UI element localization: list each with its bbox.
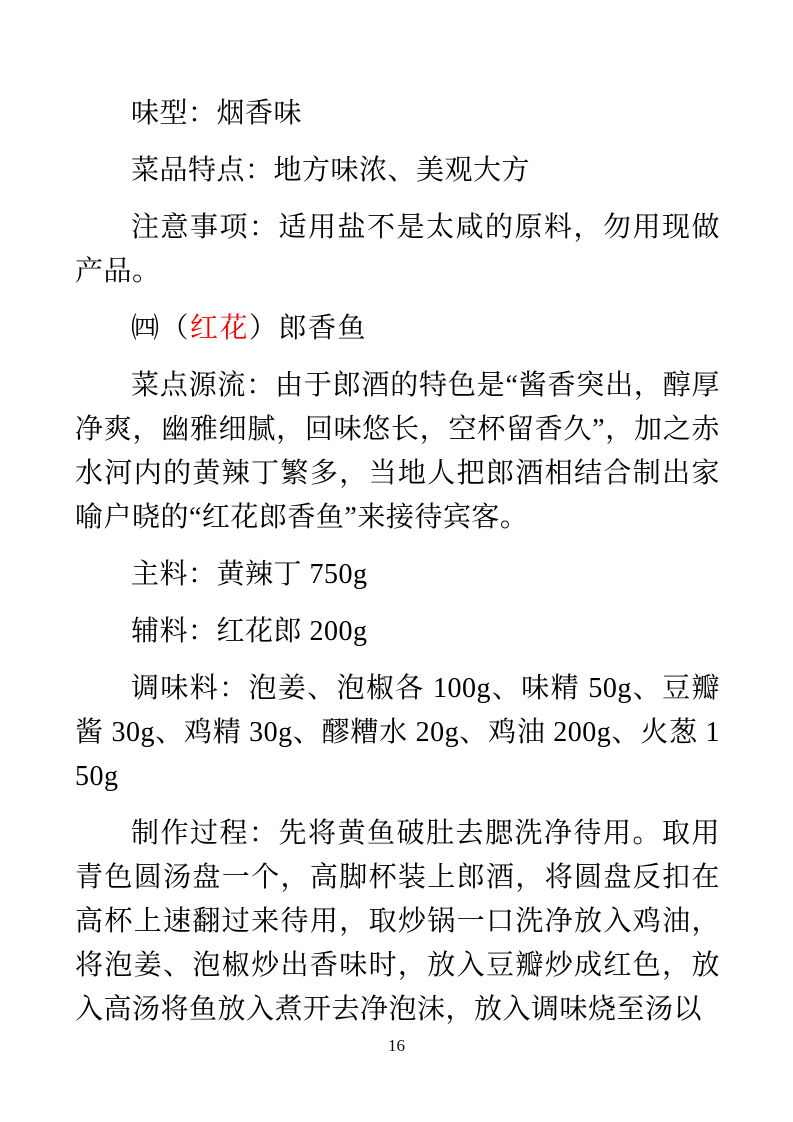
paragraph-process: 制作过程：先将黄鱼破肚去腮洗净待用。取用青色圆汤盘一个，高脚杯装上郎酒，将圆盘反… (75, 812, 720, 1032)
paragraph-main-ingredient: 主料：黄辣丁 750g (75, 553, 720, 597)
heading-suffix: ）郎香鱼 (249, 313, 367, 344)
heading-prefix: ㈣（ (131, 313, 190, 344)
heading-highlight: 红花 (190, 313, 249, 344)
document-page: 味型：烟香味 菜品特点：地方味浓、美观大方 注意事项：适用盐不是太咸的原料，勿用… (0, 0, 793, 1122)
paragraph-notes: 注意事项：适用盐不是太咸的原料，勿用现做产品。 (75, 206, 720, 294)
paragraph-dish-features: 菜品特点：地方味浓、美观大方 (75, 149, 720, 193)
page-number: 16 (0, 1036, 793, 1056)
section-heading: ㈣（红花）郎香鱼 (75, 307, 720, 351)
document-content: 味型：烟香味 菜品特点：地方味浓、美观大方 注意事项：适用盐不是太咸的原料，勿用… (75, 92, 720, 1045)
paragraph-seasonings: 调味料：泡姜、泡椒各 100g、味精 50g、豆瓣酱 30g、鸡精 30g、醪糟… (75, 667, 720, 799)
paragraph-origin: 菜点源流：由于郎酒的特色是“酱香突出，醇厚净爽，幽雅细腻，回味悠长，空杯留香久”… (75, 364, 720, 540)
paragraph-flavor-type: 味型：烟香味 (75, 92, 720, 136)
paragraph-auxiliary-ingredient: 辅料：红花郎 200g (75, 610, 720, 654)
